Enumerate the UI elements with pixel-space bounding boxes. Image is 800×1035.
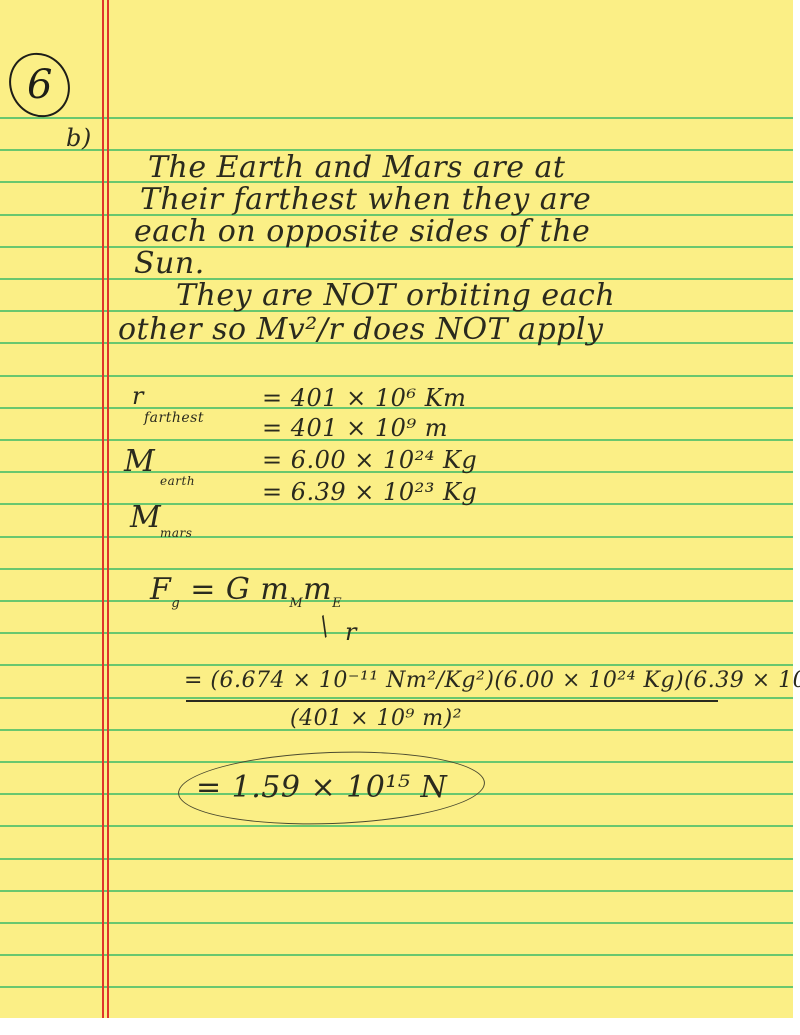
formula-slash: / bbox=[313, 612, 336, 640]
ruled-line bbox=[0, 632, 793, 634]
given-r-km: = 401 × 10⁶ Km bbox=[262, 384, 466, 412]
formula-denominator: r bbox=[345, 618, 357, 646]
problem-number-circled: 6 bbox=[0, 42, 82, 129]
paragraph-line-4: Sun. bbox=[134, 246, 205, 281]
margin-line-left bbox=[102, 0, 104, 1018]
paragraph-line-3: each on opposite sides of the bbox=[134, 214, 590, 249]
given-r-symbol: r bbox=[132, 382, 144, 410]
given-mmars-subscript: mars bbox=[160, 526, 192, 540]
given-mearth-subscript: earth bbox=[160, 474, 195, 488]
legal-pad-page: 6 b) The Earth and Mars are at Their far… bbox=[0, 0, 793, 1018]
given-r-subscript: farthest bbox=[144, 410, 204, 426]
given-mmars-symbol: M bbox=[130, 500, 161, 535]
ruled-line bbox=[0, 922, 793, 924]
ruled-line bbox=[0, 825, 793, 827]
ruled-line bbox=[0, 600, 793, 602]
paragraph-line-1: The Earth and Mars are at bbox=[148, 150, 565, 185]
given-r-m: = 401 × 10⁹ m bbox=[262, 414, 448, 442]
ruled-line bbox=[0, 986, 793, 988]
ruled-line bbox=[0, 858, 793, 860]
substitution-numerator: = (6.674 × 10⁻¹¹ Nm²/Kg²)(6.00 × 10²⁴ Kg… bbox=[184, 668, 800, 693]
paragraph-line-6: other so Mv²/r does NOT apply bbox=[118, 312, 603, 347]
given-mearth-value: = 6.00 × 10²⁴ Kg bbox=[262, 446, 477, 474]
problem-number: 6 bbox=[27, 62, 52, 108]
ruled-line bbox=[0, 536, 793, 538]
paragraph-line-2: Their farthest when they are bbox=[140, 182, 591, 217]
margin-line-right bbox=[107, 0, 109, 1018]
gravity-formula: Fg = G mMmE bbox=[150, 572, 342, 607]
substitution-denominator: (401 × 10⁹ m)² bbox=[290, 706, 462, 731]
given-mearth-symbol: M bbox=[124, 444, 155, 479]
part-label: b) bbox=[66, 124, 92, 152]
fraction-bar bbox=[186, 700, 718, 702]
ruled-line bbox=[0, 117, 793, 119]
given-mmars-value: = 6.39 × 10²³ Kg bbox=[262, 478, 477, 506]
paragraph-line-5: They are NOT orbiting each bbox=[176, 278, 615, 313]
ruled-line bbox=[0, 890, 793, 892]
ruled-line bbox=[0, 568, 793, 570]
final-answer: = 1.59 × 10¹⁵ N bbox=[196, 770, 447, 805]
ruled-line bbox=[0, 664, 793, 666]
ruled-line bbox=[0, 375, 793, 377]
ruled-line bbox=[0, 954, 793, 956]
ruled-line bbox=[0, 697, 793, 699]
